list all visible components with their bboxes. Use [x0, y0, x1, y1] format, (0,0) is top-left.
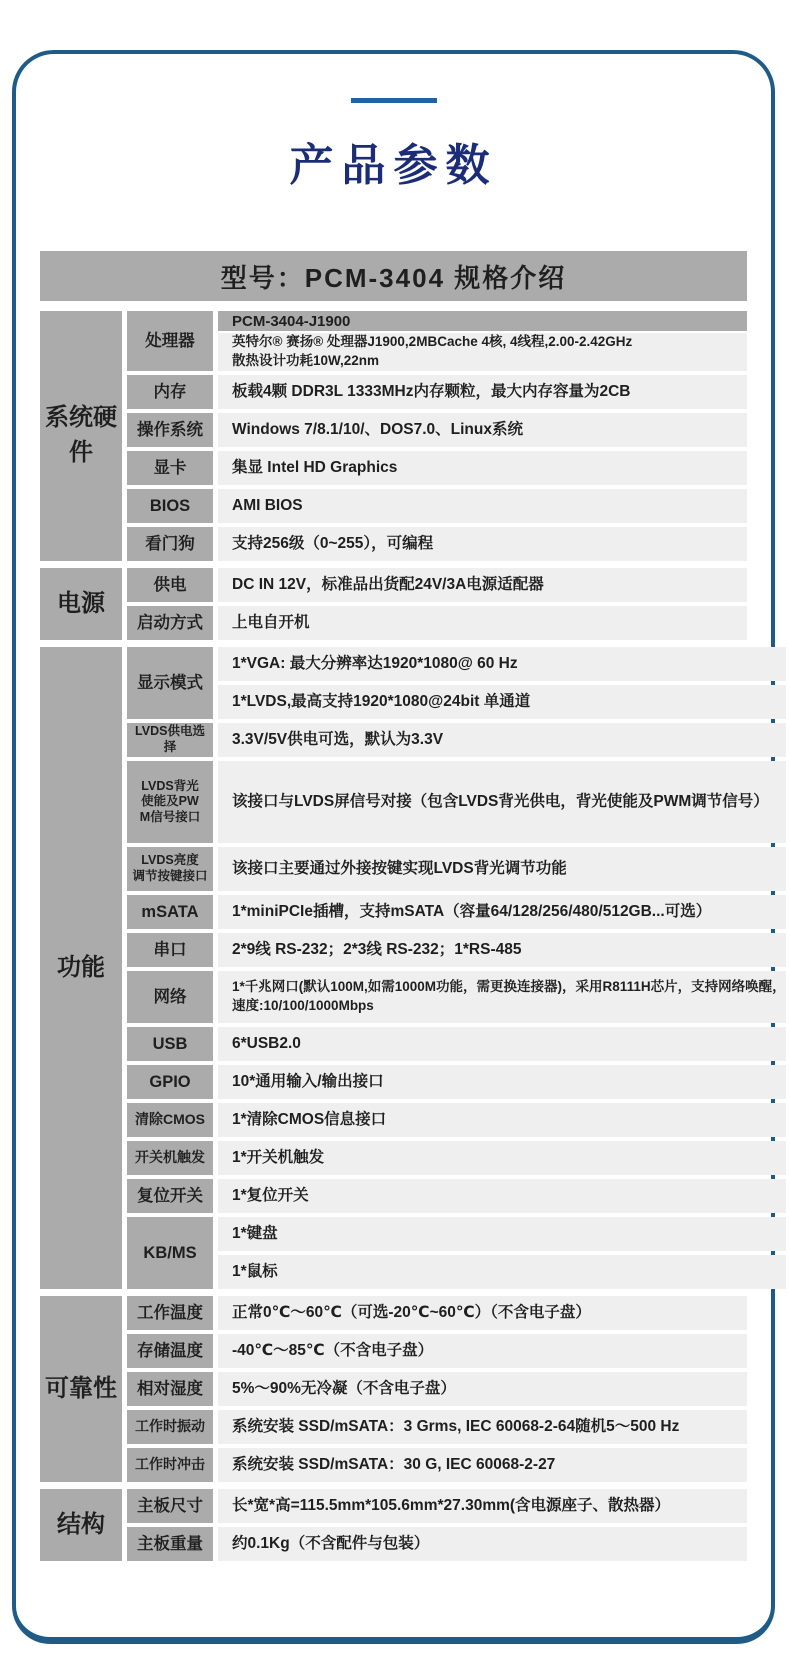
row-label: LVDS背光使能及PWM信号接口: [127, 761, 213, 843]
row-label: 工作温度: [127, 1296, 213, 1330]
value-cell: 上电自开机: [218, 606, 747, 640]
value-stack: Windows 7/8.1/10/、DOS7.0、Linux系统: [218, 413, 747, 447]
spec-row: 工作温度正常0℃～60℃（可选-20℃~60℃）（不含电子盘）: [127, 1296, 747, 1330]
spec-row: 启动方式上电自开机: [127, 606, 747, 640]
value-stack: 1*miniPCIe插槽，支持mSATA（容量64/128/256/480/51…: [218, 895, 786, 929]
value-subheader: PCM-3404-J1900: [218, 311, 747, 331]
value-cell: Windows 7/8.1/10/、DOS7.0、Linux系统: [218, 413, 747, 447]
spec-row: 相对湿度5%～90%无冷凝（不含电子盘）: [127, 1372, 747, 1406]
value-cell: 1*键盘: [218, 1217, 786, 1251]
spec-row: 处理器PCM-3404-J1900英特尔® 赛扬® 处理器J1900,2MBCa…: [127, 311, 747, 371]
title-dash: [351, 98, 437, 103]
value-stack: 板载4颗 DDR3L 1333MHz内存颗粒，最大内存容量为2CB: [218, 375, 747, 409]
value-cell: 1*清除CMOS信息接口: [218, 1103, 786, 1137]
row-label: 显示模式: [127, 647, 213, 719]
spec-row: 主板尺寸长*宽*高=115.5mm*105.6mm*27.30mm(含电源座子、…: [127, 1489, 747, 1523]
value-line: 长*宽*高=115.5mm*105.6mm*27.30mm(含电源座子、散热器）: [232, 1495, 747, 1517]
value-line: -40℃～85℃（不含电子盘）: [232, 1340, 747, 1362]
row-label: 开关机触发: [127, 1141, 213, 1175]
value-cell: 10*通用输入/输出接口: [218, 1065, 786, 1099]
spec-row: 复位开关1*复位开关: [127, 1179, 786, 1213]
value-cell: -40℃～85℃（不含电子盘）: [218, 1334, 747, 1368]
value-cell: 系统安装 SSD/mSATA：3 Grms, IEC 60068-2-64随机5…: [218, 1410, 747, 1444]
spec-row: 内存板载4颗 DDR3L 1333MHz内存颗粒，最大内存容量为2CB: [127, 375, 747, 409]
value-stack: -40℃～85℃（不含电子盘）: [218, 1334, 747, 1368]
spec-row: 主板重量约0.1Kg（不含配件与包装）: [127, 1527, 747, 1561]
value-stack: 系统安装 SSD/mSATA：30 G, IEC 60068-2-27: [218, 1448, 747, 1482]
value-cell: 1*复位开关: [218, 1179, 786, 1213]
spec-section: 功能显示模式1*VGA: 最大分辨率达1920*1080@ 60 Hz1*LVD…: [40, 647, 747, 1289]
value-line: 1*miniPCIe插槽，支持mSATA（容量64/128/256/480/51…: [232, 901, 786, 923]
spec-row: BIOSAMI BIOS: [127, 489, 747, 523]
row-label-line: LVDS背光: [141, 779, 198, 795]
value-stack: 10*通用输入/输出接口: [218, 1065, 786, 1099]
section-rows: 工作温度正常0℃～60℃（可选-20℃~60℃）（不含电子盘）存储温度-40℃～…: [127, 1296, 747, 1482]
value-cell: 6*USB2.0: [218, 1027, 786, 1061]
value-stack: 该接口主要通过外接按键实现LVDS背光调节功能: [218, 847, 786, 891]
row-label: 主板尺寸: [127, 1489, 213, 1523]
value-cell: 长*宽*高=115.5mm*105.6mm*27.30mm(含电源座子、散热器）: [218, 1489, 747, 1523]
value-line: 板载4颗 DDR3L 1333MHz内存颗粒，最大内存容量为2CB: [232, 381, 747, 403]
value-stack: 1*键盘1*鼠标: [218, 1217, 786, 1289]
value-line: 2*9线 RS-232；2*3线 RS-232；1*RS-485: [232, 939, 786, 961]
value-stack: 约0.1Kg（不含配件与包装）: [218, 1527, 747, 1561]
page-title: 产品参数: [16, 129, 771, 193]
category-cell: 结构: [40, 1489, 122, 1561]
value-line: 1*LVDS,最高支持1920*1080@24bit 单通道: [232, 691, 786, 713]
value-stack: 1*VGA: 最大分辨率达1920*1080@ 60 Hz1*LVDS,最高支持…: [218, 647, 786, 719]
value-stack: 正常0℃～60℃（可选-20℃~60℃）（不含电子盘）: [218, 1296, 747, 1330]
row-label: 主板重量: [127, 1527, 213, 1561]
value-cell: 2*9线 RS-232；2*3线 RS-232；1*RS-485: [218, 933, 786, 967]
row-label-line: LVDS亮度: [141, 853, 198, 869]
value-stack: AMI BIOS: [218, 489, 747, 523]
row-label: 供电: [127, 568, 213, 602]
value-stack: 5%～90%无冷凝（不含电子盘）: [218, 1372, 747, 1406]
product-spec-card: 产品参数 型号：PCM-3404 规格介绍 系统硬件处理器PCM-3404-J1…: [12, 50, 775, 1644]
category-cell: 电源: [40, 568, 122, 640]
value-stack: 1*清除CMOS信息接口: [218, 1103, 786, 1137]
spec-row: 清除CMOS1*清除CMOS信息接口: [127, 1103, 786, 1137]
value-line: 1*键盘: [232, 1223, 786, 1245]
row-label: GPIO: [127, 1065, 213, 1099]
row-label: 网络: [127, 971, 213, 1023]
value-line: 1*开关机触发: [232, 1147, 786, 1169]
spec-table: 系统硬件处理器PCM-3404-J1900英特尔® 赛扬® 处理器J1900,2…: [40, 311, 747, 1561]
spec-row: 显卡集显 Intel HD Graphics: [127, 451, 747, 485]
value-stack: 系统安装 SSD/mSATA：3 Grms, IEC 60068-2-64随机5…: [218, 1410, 747, 1444]
spec-section: 电源供电DC IN 12V，标准品出货配24V/3A电源适配器启动方式上电自开机: [40, 568, 747, 640]
row-label: mSATA: [127, 895, 213, 929]
value-line: 该接口主要通过外接按键实现LVDS背光调节功能: [232, 858, 786, 880]
row-label: 清除CMOS: [127, 1103, 213, 1137]
value-stack: 6*USB2.0: [218, 1027, 786, 1061]
value-cell: 1*千兆网口(默认100M,如需1000M功能，需更换连接器)，采用R8111H…: [218, 971, 786, 1023]
value-stack: 集显 Intel HD Graphics: [218, 451, 747, 485]
row-label: 存储温度: [127, 1334, 213, 1368]
value-line: 6*USB2.0: [232, 1033, 786, 1055]
value-stack: 1*千兆网口(默认100M,如需1000M功能，需更换连接器)，采用R8111H…: [218, 971, 786, 1023]
row-label: 复位开关: [127, 1179, 213, 1213]
row-label: 显卡: [127, 451, 213, 485]
value-cell: DC IN 12V，标准品出货配24V/3A电源适配器: [218, 568, 747, 602]
row-label: 串口: [127, 933, 213, 967]
spec-row: 存储温度-40℃～85℃（不含电子盘）: [127, 1334, 747, 1368]
value-stack: 2*9线 RS-232；2*3线 RS-232；1*RS-485: [218, 933, 786, 967]
value-cell: 英特尔® 赛扬® 处理器J1900,2MBCache 4核, 4线程,2.00-…: [218, 333, 747, 371]
value-line: 支持256级（0~255），可编程: [232, 533, 747, 555]
value-stack: 3.3V/5V供电可选，默认为3.3V: [218, 723, 786, 757]
row-label: LVDS亮度调节按键接口: [127, 847, 213, 891]
spec-section: 结构主板尺寸长*宽*高=115.5mm*105.6mm*27.30mm(含电源座…: [40, 1489, 747, 1561]
row-label: 看门狗: [127, 527, 213, 561]
spec-section: 系统硬件处理器PCM-3404-J1900英特尔® 赛扬® 处理器J1900,2…: [40, 311, 747, 561]
row-label: 操作系统: [127, 413, 213, 447]
value-line: 1*VGA: 最大分辨率达1920*1080@ 60 Hz: [232, 653, 786, 675]
row-label-line: 使能及PW: [141, 794, 199, 810]
value-line: 约0.1Kg（不含配件与包装）: [232, 1533, 747, 1555]
row-label: 工作时冲击: [127, 1448, 213, 1482]
section-rows: 处理器PCM-3404-J1900英特尔® 赛扬® 处理器J1900,2MBCa…: [127, 311, 747, 561]
value-stack: 长*宽*高=115.5mm*105.6mm*27.30mm(含电源座子、散热器）: [218, 1489, 747, 1523]
value-cell: AMI BIOS: [218, 489, 747, 523]
value-line: 5%～90%无冷凝（不含电子盘）: [232, 1378, 747, 1400]
spec-row: 开关机触发1*开关机触发: [127, 1141, 786, 1175]
value-line: 3.3V/5V供电可选，默认为3.3V: [232, 729, 786, 751]
spec-row: USB6*USB2.0: [127, 1027, 786, 1061]
value-line: AMI BIOS: [232, 495, 747, 517]
spec-row: 工作时冲击系统安装 SSD/mSATA：30 G, IEC 60068-2-27: [127, 1448, 747, 1482]
value-cell: 3.3V/5V供电可选，默认为3.3V: [218, 723, 786, 757]
section-rows: 主板尺寸长*宽*高=115.5mm*105.6mm*27.30mm(含电源座子、…: [127, 1489, 747, 1561]
row-label: BIOS: [127, 489, 213, 523]
spec-section: 可靠性工作温度正常0℃～60℃（可选-20℃~60℃）（不含电子盘）存储温度-4…: [40, 1296, 747, 1482]
value-cell: 该接口主要通过外接按键实现LVDS背光调节功能: [218, 847, 786, 891]
row-label-line: M信号接口: [140, 810, 200, 826]
value-line: 速度:10/100/1000Mbps: [232, 997, 786, 1016]
spec-row: 显示模式1*VGA: 最大分辨率达1920*1080@ 60 Hz1*LVDS,…: [127, 647, 786, 719]
spec-row: mSATA1*miniPCIe插槽，支持mSATA（容量64/128/256/4…: [127, 895, 786, 929]
row-label: 工作时振动: [127, 1410, 213, 1444]
value-line: 上电自开机: [232, 612, 747, 634]
value-line: 英特尔® 赛扬® 处理器J1900,2MBCache 4核, 4线程,2.00-…: [232, 333, 747, 352]
value-line: 1*复位开关: [232, 1185, 786, 1207]
value-line: 1*鼠标: [232, 1261, 786, 1283]
value-cell: 1*miniPCIe插槽，支持mSATA（容量64/128/256/480/51…: [218, 895, 786, 929]
value-cell: 该接口与LVDS屏信号对接（包含LVDS背光供电，背光使能及PWM调节信号）: [218, 761, 786, 843]
row-label-line: 调节按键接口: [132, 869, 207, 885]
value-line: 1*千兆网口(默认100M,如需1000M功能，需更换连接器)，采用R8111H…: [232, 978, 786, 997]
value-line: 1*清除CMOS信息接口: [232, 1109, 786, 1131]
value-cell: 支持256级（0~255），可编程: [218, 527, 747, 561]
value-cell: 1*LVDS,最高支持1920*1080@24bit 单通道: [218, 685, 786, 719]
row-label: USB: [127, 1027, 213, 1061]
value-stack: DC IN 12V，标准品出货配24V/3A电源适配器: [218, 568, 747, 602]
category-cell: 系统硬件: [40, 311, 122, 561]
value-cell: 约0.1Kg（不含配件与包装）: [218, 1527, 747, 1561]
value-stack: 1*复位开关: [218, 1179, 786, 1213]
value-stack: 支持256级（0~255），可编程: [218, 527, 747, 561]
value-cell: 1*鼠标: [218, 1255, 786, 1289]
row-label: 处理器: [127, 311, 213, 371]
value-line: 10*通用输入/输出接口: [232, 1071, 786, 1093]
section-rows: 显示模式1*VGA: 最大分辨率达1920*1080@ 60 Hz1*LVDS,…: [127, 647, 786, 1289]
value-line: 该接口与LVDS屏信号对接（包含LVDS背光供电，背光使能及PWM调节信号）: [232, 791, 786, 813]
value-cell: 系统安装 SSD/mSATA：30 G, IEC 60068-2-27: [218, 1448, 747, 1482]
row-label: LVDS供电选择: [127, 723, 213, 757]
value-line: 正常0℃～60℃（可选-20℃~60℃）（不含电子盘）: [232, 1302, 747, 1324]
value-stack: 上电自开机: [218, 606, 747, 640]
row-label: 内存: [127, 375, 213, 409]
spec-row: GPIO10*通用输入/输出接口: [127, 1065, 786, 1099]
value-stack: PCM-3404-J1900英特尔® 赛扬® 处理器J1900,2MBCache…: [218, 311, 747, 371]
value-stack: 该接口与LVDS屏信号对接（包含LVDS背光供电，背光使能及PWM调节信号）: [218, 761, 786, 843]
spec-row: 网络1*千兆网口(默认100M,如需1000M功能，需更换连接器)，采用R811…: [127, 971, 786, 1023]
value-cell: 5%～90%无冷凝（不含电子盘）: [218, 1372, 747, 1406]
category-cell: 可靠性: [40, 1296, 122, 1482]
value-line: DC IN 12V，标准品出货配24V/3A电源适配器: [232, 574, 747, 596]
spec-row: 工作时振动系统安装 SSD/mSATA：3 Grms, IEC 60068-2-…: [127, 1410, 747, 1444]
spec-row: 操作系统Windows 7/8.1/10/、DOS7.0、Linux系统: [127, 413, 747, 447]
model-header-bar: 型号：PCM-3404 规格介绍: [40, 251, 747, 301]
value-cell: 集显 Intel HD Graphics: [218, 451, 747, 485]
value-cell: 1*VGA: 最大分辨率达1920*1080@ 60 Hz: [218, 647, 786, 681]
value-line: Windows 7/8.1/10/、DOS7.0、Linux系统: [232, 419, 747, 441]
spec-row: KB/MS1*键盘1*鼠标: [127, 1217, 786, 1289]
spec-row: LVDS背光使能及PWM信号接口该接口与LVDS屏信号对接（包含LVDS背光供电…: [127, 761, 786, 843]
value-line: 散热设计功耗10W,22nm: [232, 352, 747, 371]
spec-row: LVDS供电选择3.3V/5V供电可选，默认为3.3V: [127, 723, 786, 757]
spec-row: 串口2*9线 RS-232；2*3线 RS-232；1*RS-485: [127, 933, 786, 967]
spec-row: 看门狗支持256级（0~255），可编程: [127, 527, 747, 561]
row-label: 相对湿度: [127, 1372, 213, 1406]
section-rows: 供电DC IN 12V，标准品出货配24V/3A电源适配器启动方式上电自开机: [127, 568, 747, 640]
spec-row: 供电DC IN 12V，标准品出货配24V/3A电源适配器: [127, 568, 747, 602]
spec-row: LVDS亮度调节按键接口该接口主要通过外接按键实现LVDS背光调节功能: [127, 847, 786, 891]
value-stack: 1*开关机触发: [218, 1141, 786, 1175]
category-cell: 功能: [40, 647, 122, 1289]
value-line: 系统安装 SSD/mSATA：3 Grms, IEC 60068-2-64随机5…: [232, 1416, 747, 1438]
row-label: KB/MS: [127, 1217, 213, 1289]
row-label: 启动方式: [127, 606, 213, 640]
value-line: 系统安装 SSD/mSATA：30 G, IEC 60068-2-27: [232, 1454, 747, 1476]
value-cell: 1*开关机触发: [218, 1141, 786, 1175]
value-cell: 板载4颗 DDR3L 1333MHz内存颗粒，最大内存容量为2CB: [218, 375, 747, 409]
value-cell: 正常0℃～60℃（可选-20℃~60℃）（不含电子盘）: [218, 1296, 747, 1330]
value-line: 集显 Intel HD Graphics: [232, 457, 747, 479]
